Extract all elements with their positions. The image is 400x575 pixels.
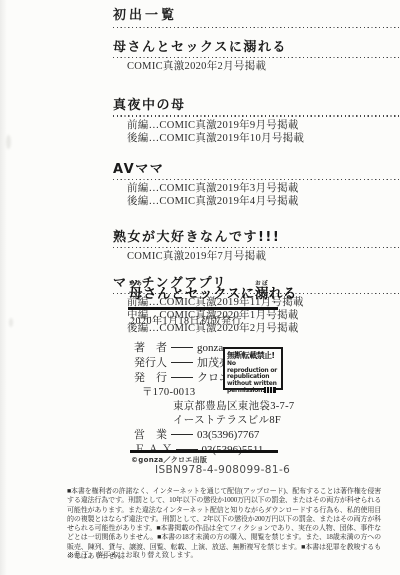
credit-value: gonza <box>197 342 223 354</box>
publication-entry: 前編…COMIC真激2019年3月号掲載 <box>127 182 400 195</box>
colophon-page: 初出一覧 母さんとセックスに溺れる COMIC真激2020年2月号掲載 真夜中の… <box>0 0 400 575</box>
furigana: おぼ <box>255 281 269 287</box>
address-line: イーストテラスビル8F <box>134 414 334 428</box>
dash-rule <box>171 434 193 435</box>
isbn-number: ISBN978-4-908099-81-6 <box>155 464 290 476</box>
credit-label: 発 行 <box>134 371 168 386</box>
stamp-english-text: No reproduction or republication without… <box>227 361 279 395</box>
list-header: 初出一覧 <box>113 4 400 27</box>
work-item: AVママ 前編…COMIC真激2019年3月号掲載 後編…COMIC真激2019… <box>113 158 400 208</box>
work-item: 熟女が大好きなんです!!! COMIC真激2019年7月号掲載 <box>113 226 400 263</box>
divider-rule <box>130 450 278 453</box>
title-underline <box>128 307 278 310</box>
scan-artifact <box>6 135 11 149</box>
credit-label: 著 者 <box>134 341 168 356</box>
furigana: かあ <box>129 281 143 287</box>
title-kanji: 溺 <box>255 286 269 302</box>
dash-rule <box>171 362 193 363</box>
contact-value: 03(5396)7767 <box>197 429 259 441</box>
no-reproduction-stamp: 無断転載禁止! No reproduction or republication… <box>223 347 283 390</box>
publication-entry: 後編…COMIC真激2019年4月号掲載 <box>127 195 400 208</box>
publisher-badge-logo <box>264 387 276 393</box>
contact-label: 営 業 <box>134 428 168 443</box>
publication-entry: 後編…COMIC真激2019年10月号掲載 <box>127 132 400 145</box>
contact-row: 営 業03(5396)7767 <box>134 428 334 443</box>
publication-entry: COMIC真激2020年2月号掲載 <box>127 60 400 73</box>
book-title: 母かあさんとセックスに溺おぼれる <box>129 281 297 302</box>
dash-rule <box>171 377 193 378</box>
dash-rule <box>171 347 193 348</box>
work-title: 真夜中の母 <box>113 94 400 115</box>
work-title: 熟女が大好きなんです!!! <box>113 226 400 247</box>
publication-entry: 前編…COMIC真激2019年9月号掲載 <box>127 119 400 132</box>
work-item: 母さんとセックスに溺れる COMIC真激2020年2月号掲載 <box>113 36 400 73</box>
dotted-rule <box>113 27 400 28</box>
work-title: AVママ <box>113 158 400 179</box>
publication-entry: COMIC真激2019年7月号掲載 <box>127 250 400 263</box>
title-text: さんとセックスに <box>143 286 255 302</box>
edition-date: 2020年1月18日初版発行 <box>130 312 242 327</box>
credit-label: 発行人 <box>134 356 168 371</box>
replacement-note: ※乱丁、落丁本はお取り替え致します。 <box>67 550 198 560</box>
scan-artifact <box>9 318 13 327</box>
address-line: 東京都豊島区東池袋3-7-7 <box>134 400 334 414</box>
work-item: 真夜中の母 前編…COMIC真激2019年9月号掲載 後編…COMIC真激201… <box>113 94 400 144</box>
scan-edge-shade <box>0 0 7 575</box>
title-text: れる <box>269 286 297 302</box>
work-title: 母さんとセックスに溺れる <box>113 36 400 57</box>
title-kanji: 母 <box>129 286 143 302</box>
